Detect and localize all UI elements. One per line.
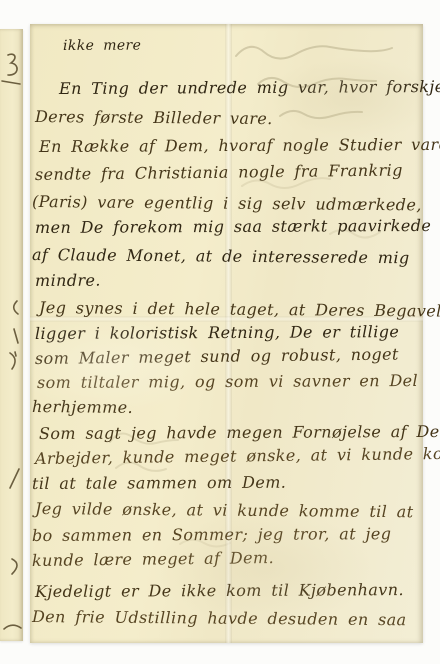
letter-line: bo sammen en Sommer; jeg tror, at jeg (32, 525, 391, 545)
letter-line: som tiltaler mig, og som vi savner en De… (37, 372, 418, 392)
letter-line: som Maler meget sund og robust, noget (35, 346, 399, 369)
letter-line: sendte fra Christiania nogle fra Frankri… (35, 162, 403, 185)
letter-line: En Ting der undrede mig var, hvor forskj… (59, 78, 440, 99)
scanned-letter: ikke mere En Ting der undrede mig var, h… (0, 0, 440, 664)
letter-line: mindre. (35, 272, 101, 291)
letter-page: ikke mere En Ting der undrede mig var, h… (30, 24, 423, 643)
letter-line: til at tale sammen om Dem. (32, 474, 286, 494)
letter-line: ligger i koloristisk Retning, De er till… (35, 323, 399, 343)
letter-line: Jeg vilde ønske, at vi kunde komme til a… (35, 500, 414, 522)
letter-line: af Claude Monet, at de interesserede mig (32, 246, 410, 268)
letter-line: men De forekom mig saa stærkt paavirkede (35, 217, 431, 237)
letter-line: ikke mere (63, 38, 141, 55)
letter-line: kunde lære meget af Dem. (32, 549, 274, 570)
letter-line: Jeg synes i det hele taget, at Deres Beg… (39, 299, 440, 321)
letter-line: herhjemme. (32, 398, 133, 417)
letter-line: Arbejder, kunde meget ønske, at vi kunde… (35, 445, 440, 469)
letter-line: Den frie Udstilling havde desuden en saa (32, 608, 407, 630)
letter-line: Kjedeligt er De ikke kom til Kjøbenhavn. (35, 581, 404, 601)
adjacent-page-ink-fragments (0, 29, 23, 641)
adjacent-page-strip (0, 29, 23, 641)
letter-line: Deres første Billeder vare. (35, 108, 273, 128)
letter-line: Som sagt jeg havde megen Fornøjelse af D… (39, 423, 440, 444)
letter-line: En Række af Dem, hvoraf nogle Studier va… (39, 136, 440, 157)
letter-line: (Paris) vare egentlig i sig selv udmærke… (32, 193, 422, 215)
